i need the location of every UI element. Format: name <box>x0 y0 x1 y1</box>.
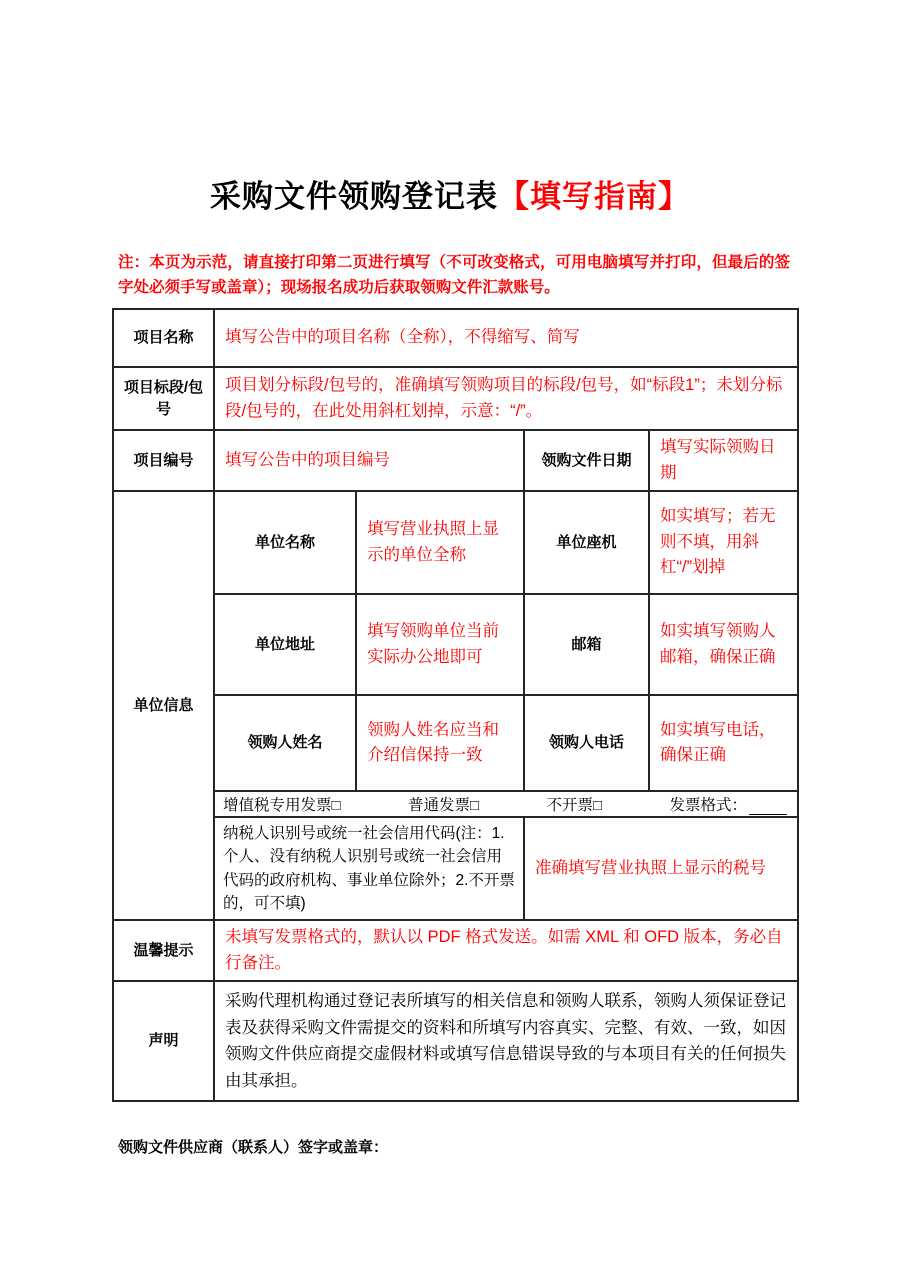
row-buyer: 领购人姓名 领购人姓名应当和介绍信保持一致 领购人电话 如实填写电话，确保正确 <box>113 695 798 791</box>
email-hint: 如实填写领购人邮箱，确保正确 <box>649 594 798 695</box>
row-tax-id: 纳税人识别号或统一社会信用代码(注：1.个人、没有纳税人识别号或统一社会信用代码… <box>113 817 798 920</box>
row-tips: 温馨提示 未填写发票格式的，默认以 PDF 格式发送。如需 XML 和 OFD … <box>113 920 798 981</box>
unit-name-label: 单位名称 <box>214 491 356 594</box>
tips-label: 温馨提示 <box>113 920 214 981</box>
invoice-option-vat-label: 增值税专用发票 <box>223 797 332 814</box>
buyer-phone-hint: 如实填写电话，确保正确 <box>649 695 798 791</box>
invoice-option-vat: 增值税专用发票□ <box>223 793 341 815</box>
checkbox-icon: □ <box>332 797 341 814</box>
unit-info-label: 单位信息 <box>113 491 214 920</box>
invoice-option-plain-label: 普通发票 <box>408 797 470 814</box>
instruction-note: 注：本页为示范，请直接打印第二页进行填写（不可改变格式，可用电脑填写并打印，但最… <box>118 250 790 300</box>
checkbox-icon: □ <box>593 797 602 814</box>
unit-addr-label: 单位地址 <box>214 594 356 695</box>
page-title-black: 采购文件领购登记表 <box>210 179 498 214</box>
project-name-label: 项目名称 <box>113 309 214 367</box>
buyer-name-label: 领购人姓名 <box>214 695 356 791</box>
tips-content: 未填写发票格式的，默认以 PDF 格式发送。如需 XML 和 OFD 版本，务必… <box>214 920 798 981</box>
row-unit-name: 单位信息 单位名称 填写营业执照上显示的单位全称 单位座机 如实填写；若无则不填… <box>113 491 798 594</box>
row-project-section: 项目标段/包号 项目划分标段/包号的，准确填写领购项目的标段/包号，如“标段1”… <box>113 367 798 430</box>
invoice-format-label: 发票格式： <box>669 793 747 815</box>
project-no-label: 项目编号 <box>113 430 214 491</box>
buyer-phone-label: 领购人电话 <box>524 695 649 791</box>
invoice-options-cell: 增值税专用发票□ 普通发票□ 不开票□ 发票格式： <box>214 791 798 817</box>
invoice-option-none: 不开票□ <box>546 793 602 815</box>
page-title-red: 【填写指南】 <box>498 179 690 214</box>
unit-phone-label: 单位座机 <box>524 491 649 594</box>
row-project-name: 项目名称 填写公告中的项目名称（全称），不得缩写、简写 <box>113 309 798 367</box>
row-project-no: 项目编号 填写公告中的项目编号 领购文件日期 填写实际领购日期 <box>113 430 798 491</box>
page-title: 采购文件领购登记表【填写指南】 <box>0 0 900 216</box>
invoice-option-none-label: 不开票 <box>546 797 593 814</box>
unit-addr-hint: 填写领购单位当前实际办公地即可 <box>356 594 524 695</box>
invoice-option-plain: 普通发票□ <box>408 793 479 815</box>
doc-date-label: 领购文件日期 <box>524 430 649 491</box>
project-name-hint: 填写公告中的项目名称（全称），不得缩写、简写 <box>214 309 798 367</box>
buyer-name-hint: 领购人姓名应当和介绍信保持一致 <box>356 695 524 791</box>
row-invoice: 增值税专用发票□ 普通发票□ 不开票□ 发票格式： <box>113 791 798 817</box>
tax-id-label: 纳税人识别号或统一社会信用代码(注：1.个人、没有纳税人识别号或统一社会信用代码… <box>214 817 524 920</box>
statement-content: 采购代理机构通过登记表所填写的相关信息和领购人联系，领购人须保证登记表及获得采购… <box>214 981 798 1101</box>
registration-form-table: 项目名称 填写公告中的项目名称（全称），不得缩写、简写 项目标段/包号 项目划分… <box>112 308 799 1102</box>
signature-line: 领购文件供应商（联系人）签字或盖章： <box>118 1136 900 1157</box>
project-section-hint: 项目划分标段/包号的，准确填写领购项目的标段/包号，如“标段1”；未划分标段/包… <box>214 367 798 430</box>
checkbox-icon: □ <box>470 797 479 814</box>
invoice-format: 发票格式： <box>669 793 787 815</box>
project-section-label: 项目标段/包号 <box>113 367 214 430</box>
invoice-format-blank <box>749 799 787 815</box>
doc-date-hint: 填写实际领购日期 <box>649 430 798 491</box>
tax-id-hint: 准确填写营业执照上显示的税号 <box>524 817 798 920</box>
invoice-options: 增值税专用发票□ 普通发票□ 不开票□ 发票格式： <box>223 793 787 815</box>
email-label: 邮箱 <box>524 594 649 695</box>
unit-name-hint: 填写营业执照上显示的单位全称 <box>356 491 524 594</box>
project-no-hint: 填写公告中的项目编号 <box>214 430 524 491</box>
unit-phone-hint: 如实填写；若无则不填，用斜杠“/”划掉 <box>649 491 798 594</box>
row-unit-addr: 单位地址 填写领购单位当前实际办公地即可 邮箱 如实填写领购人邮箱，确保正确 <box>113 594 798 695</box>
document-page: 采购文件领购登记表【填写指南】 注：本页为示范，请直接打印第二页进行填写（不可改… <box>0 0 900 1273</box>
row-statement: 声明 采购代理机构通过登记表所填写的相关信息和领购人联系，领购人须保证登记表及获… <box>113 981 798 1101</box>
statement-label: 声明 <box>113 981 214 1101</box>
